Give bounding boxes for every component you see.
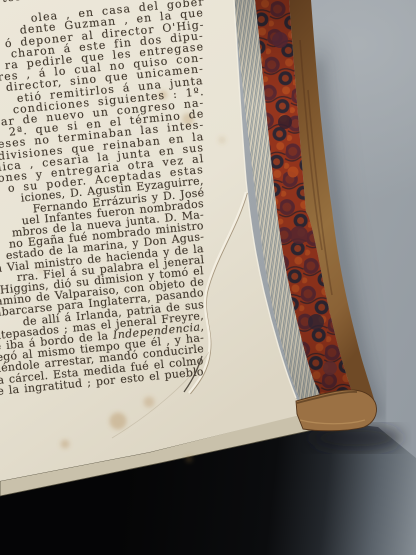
book-photograph: tos tuvierolea , en casa del goberdente …	[0, 0, 416, 555]
table-surface	[0, 0, 416, 555]
